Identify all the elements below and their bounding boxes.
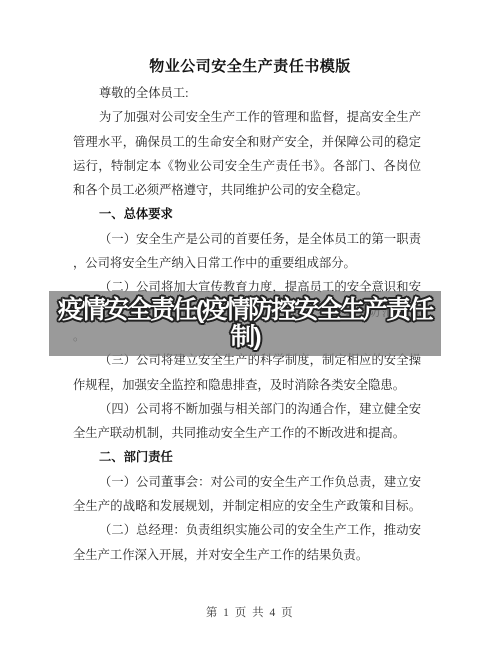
document-line: 运行，特制定本《物业公司安全生产责任书》。各部门、各岗位 [73, 154, 421, 178]
watermark-overlay-text-line-2: 制) [230, 324, 259, 351]
document-line: 和各个员工必须严格遵守，共同维护公司的安全稳定。 [73, 178, 421, 202]
document-line: 全生产联动机制，共同推动安全生产工作的不断改进和提高。 [73, 421, 421, 445]
document-line: 全生产工作深入开展，并对安全生产工作的结果负责。 [73, 543, 421, 567]
document-line: 尊敬的全体员工: [73, 81, 421, 105]
watermark-overlay-banner: 疫情安全责任(疫情防控安全生产责任 制) [49, 291, 441, 356]
document-line: ，公司将安全生产纳入日常工作中的重要组成部分。 [73, 251, 421, 275]
watermark-overlay-text-line-1: 疫情安全责任(疫情防控安全生产责任 [58, 297, 432, 324]
document-line: 为了加强对公司安全生产工作的管理和监督，提高安全生产 [73, 105, 421, 129]
section-heading: 一、总体要求 [73, 202, 421, 226]
document-line: 管理水平，确保员工的生命安全和财产安全，并保障公司的稳定 [73, 130, 421, 154]
document-line: （一）公司董事会：对公司的安全生产工作负总责，建立安 [73, 470, 421, 494]
document-page: 物业公司安全生产责任书模版 尊敬的全体员工:为了加强对公司安全生产工作的管理和监… [0, 0, 500, 647]
document-line: （一）安全生产是公司的首要任务，是全体员工的第一职责 [73, 227, 421, 251]
document-line: （四）公司将不断加强与相关部门的沟通合作，建立健全安 [73, 397, 421, 421]
document-line: 全生产的战略和发展规划，并制定相应的安全生产政策和目标。 [73, 494, 421, 518]
section-heading: 二、部门责任 [73, 445, 421, 469]
page-number-footer: 第 1 页 共 4 页 [0, 604, 500, 620]
document-line: （二）总经理：负责组织实施公司的安全生产工作，推动安 [73, 518, 421, 542]
document-title: 物业公司安全生产责任书模版 [0, 55, 500, 76]
document-line: 作规程，加强安全监控和隐患排查，及时消除各类安全隐患。 [73, 373, 421, 397]
